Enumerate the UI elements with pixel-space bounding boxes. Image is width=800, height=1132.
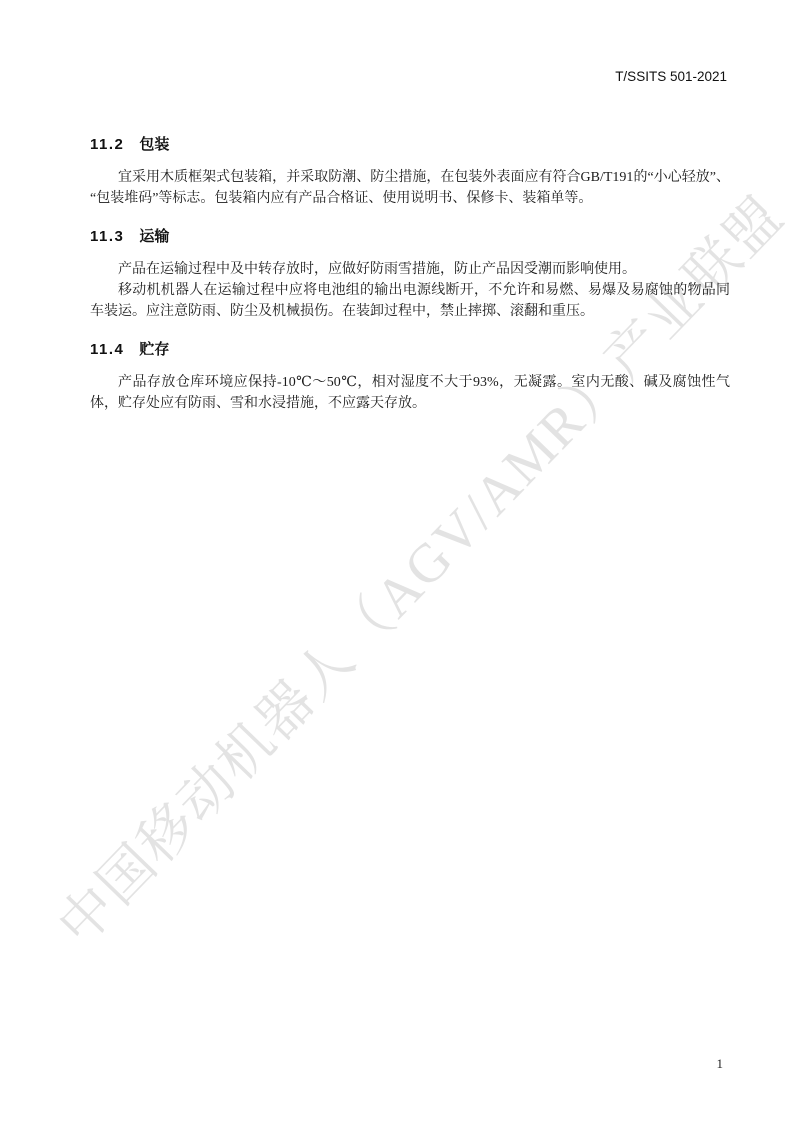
section-storage: 11.4 贮存 产品存放仓库环境应保持-10℃～50℃，相对湿度不大于93%，无… — [90, 342, 730, 414]
section-heading: 11.2 包装 — [90, 137, 730, 153]
section-number: 11.3 — [90, 229, 124, 245]
section-heading: 11.3 运输 — [90, 229, 730, 245]
paragraph: 产品存放仓库环境应保持-10℃～50℃，相对湿度不大于93%，无凝露。室内无酸、… — [90, 372, 730, 414]
page-footer: 1 — [717, 1056, 724, 1072]
section-title: 贮存 — [139, 342, 169, 358]
section-packaging: 11.2 包装 宜采用木质框架式包装箱，并采取防潮、防尘措施，在包装外表面应有符… — [90, 137, 730, 209]
page-header: T/SSITS 501-2021 — [615, 69, 727, 84]
section-number: 11.2 — [90, 137, 124, 153]
section-title: 运输 — [139, 229, 169, 245]
section-title: 包装 — [139, 137, 169, 153]
page-number: 1 — [717, 1056, 724, 1071]
section-number: 11.4 — [90, 342, 124, 358]
document-page: 中国移动机器人（AGV/AMR）产业联盟 T/SSITS 501-2021 11… — [0, 0, 800, 1132]
section-transport: 11.3 运输 产品在运输过程中及中转存放时，应做好防雨雪措施，防止产品因受潮而… — [90, 229, 730, 322]
paragraph: 产品在运输过程中及中转存放时，应做好防雨雪措施，防止产品因受潮而影响使用。 — [90, 259, 730, 280]
document-body: 11.2 包装 宜采用木质框架式包装箱，并采取防潮、防尘措施，在包装外表面应有符… — [90, 137, 730, 414]
standard-number: T/SSITS 501-2021 — [615, 69, 727, 84]
paragraph: 移动机机器人在运输过程中应将电池组的输出电源线断开，不允许和易燃、易爆及易腐蚀的… — [90, 280, 730, 322]
section-heading: 11.4 贮存 — [90, 342, 730, 358]
paragraph: 宜采用木质框架式包装箱，并采取防潮、防尘措施，在包装外表面应有符合GB/T191… — [90, 167, 730, 209]
